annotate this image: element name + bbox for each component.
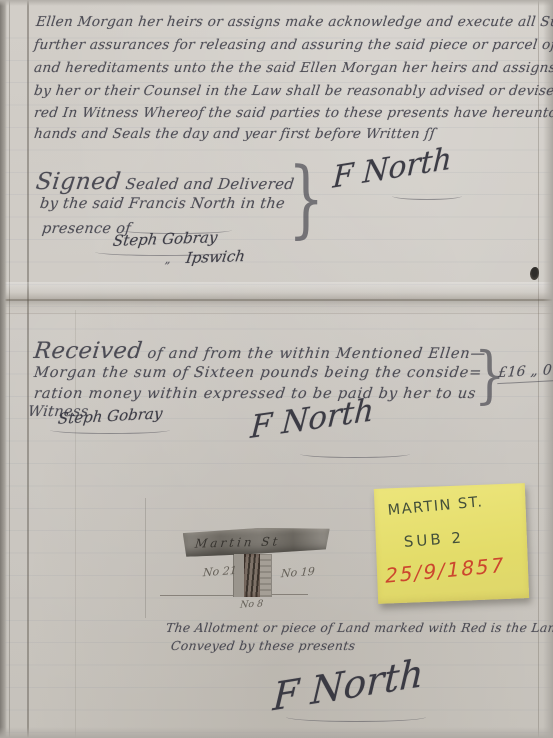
photo-left-edge	[0, 0, 7, 738]
receipt-line-2: Morgan the sum of Sixteen pounds being t…	[33, 366, 483, 381]
deed-text-line-5: red In Witness Whereof the said parties …	[33, 107, 553, 121]
receipt-lead-word: Received	[32, 338, 144, 364]
sticky-note: MARTIN ST. SUB 2 25/9/1857	[374, 483, 529, 604]
witness-signature-2: Steph Gobray	[57, 406, 163, 427]
receipt-line-1: Received of and from the within Mentione…	[33, 340, 488, 363]
deed-text-line-6: hands and Seals the day and year first b…	[33, 128, 436, 142]
sticky-note-date: 25/9/1857	[384, 555, 507, 586]
plan-boundary-right	[272, 594, 308, 595]
party-signature-1: F North	[332, 144, 453, 193]
pencil-guide-line	[145, 498, 146, 618]
sticky-note-street: MARTIN ST.	[387, 495, 484, 518]
ink-blot	[530, 267, 539, 280]
consideration-amount: £16 „ 0 „ 0	[497, 362, 553, 384]
plan-plot-left-label: No 21	[203, 565, 237, 578]
attestation-line-2: by the said Francis North in the	[39, 197, 286, 212]
plot-right-band	[260, 554, 271, 597]
plan-conveyed-plot	[233, 554, 272, 597]
deed-text-line-2: further assurances for releasing and ass…	[33, 39, 553, 53]
attestation-line-1-rest: Sealed and Delivered	[119, 175, 295, 193]
party-signature-2: F North	[249, 395, 374, 444]
closing-signature: F North	[272, 654, 425, 717]
attestation-lead-word: Signed	[34, 168, 122, 195]
ditto-mark: „	[164, 254, 171, 265]
photo-top-edge	[0, 0, 553, 6]
plan-boundary-left	[160, 595, 233, 596]
witness-signature-1: Steph Gobray	[112, 230, 218, 249]
plan-plot-right-label: No 19	[281, 566, 315, 579]
deed-document-photo: Ellen Morgan her heirs or assigns make a…	[0, 0, 553, 738]
left-margin-line-outer	[9, 0, 10, 738]
sticky-note-sub: SUB 2	[403, 530, 464, 549]
plan-caption-line-2: Conveyed by these presents	[170, 640, 356, 652]
plan-caption-line-1: The Allotment or piece of Land marked wi…	[165, 622, 553, 634]
plot-hatched-band	[244, 554, 260, 597]
signature-flourish-2	[300, 450, 410, 458]
horizontal-fold-crease	[0, 282, 553, 316]
receipt-line-3: ration money within expressed to be paid…	[33, 387, 477, 402]
attestation-line-1: Signed Sealed and Delivered	[35, 170, 296, 193]
deed-text-line-1: Ellen Morgan her heirs or assigns make a…	[35, 16, 553, 30]
fold-crease-secondary	[0, 313, 553, 314]
plan-street-bar: Martin St	[183, 526, 331, 557]
deed-text-line-4: by her or their Counsel in the Law shall…	[33, 85, 553, 99]
signature-flourish-1	[392, 192, 462, 200]
plan-plot-bottom-label: No 8	[240, 599, 264, 610]
plan-street-label: Martin St	[194, 533, 316, 550]
left-margin-line-inner	[27, 0, 29, 738]
deed-text-line-3: and hereditaments unto the the said Elle…	[33, 62, 553, 76]
receipt-line-1-rest: of and from the within Mentioned Ellen—	[141, 345, 487, 362]
fold-crease-line	[0, 299, 553, 301]
witness-place: Ipswich	[185, 249, 246, 266]
attestation-brace: }	[288, 156, 324, 240]
photo-bottom-edge	[0, 727, 553, 738]
